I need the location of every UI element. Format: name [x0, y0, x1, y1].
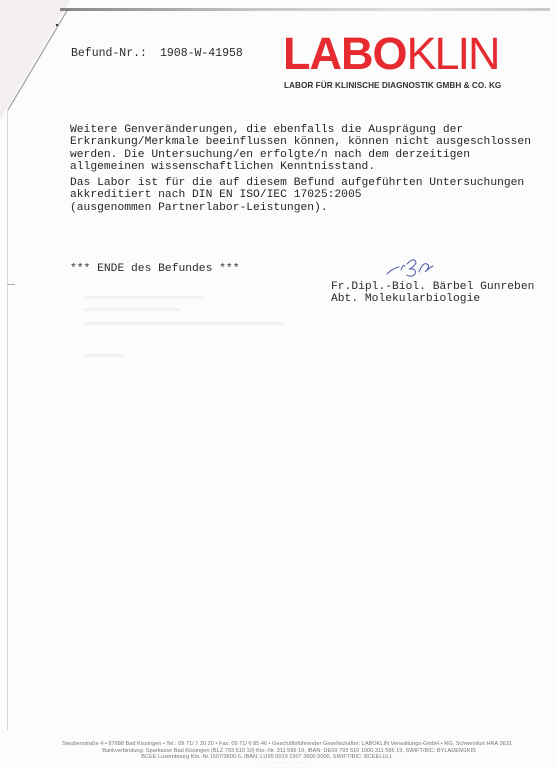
signatory-department: Abt. Molekularbiologie	[331, 293, 480, 305]
footer-address-line: Steubenstraße 4 • 97688 Bad Kissingen • …	[8, 741, 558, 747]
befund-number-value: 1908-W-41958	[160, 47, 243, 60]
genetic-disclaimer-paragraph: Weitere Genveränderungen, die ebenfalls …	[70, 124, 531, 173]
end-of-report-marker: *** ENDE des Befundes ***	[70, 263, 239, 275]
bleed-through	[85, 354, 125, 357]
handwritten-signature	[385, 254, 440, 282]
footer-cut-off-line: · · · · · · · · · · · · · · · ·	[6, 760, 558, 766]
logo-subtitle: LABOR FÜR KLINISCHE DIAGNOSTIK GMBH & CO…	[284, 81, 501, 90]
accreditation-paragraph: Das Labor ist für die auf diesem Befund …	[70, 177, 524, 214]
bleed-through	[85, 308, 180, 311]
bleed-through	[85, 296, 205, 299]
bleed-through	[85, 322, 285, 325]
signatory-name: Fr.Dipl.-Biol. Bärbel Gunreben	[331, 281, 534, 293]
page-left-edge	[7, 110, 8, 730]
laboklin-logo: LABOKLIN	[283, 34, 523, 74]
logo-text-light: KLIN	[407, 28, 499, 79]
fold-edge-line	[0, 0, 70, 120]
scan-edge-shadow	[60, 8, 550, 11]
befund-number-label: Befund-Nr.:	[71, 47, 147, 60]
logo-text-bold: LABO	[283, 28, 407, 79]
punch-mark	[7, 284, 15, 285]
